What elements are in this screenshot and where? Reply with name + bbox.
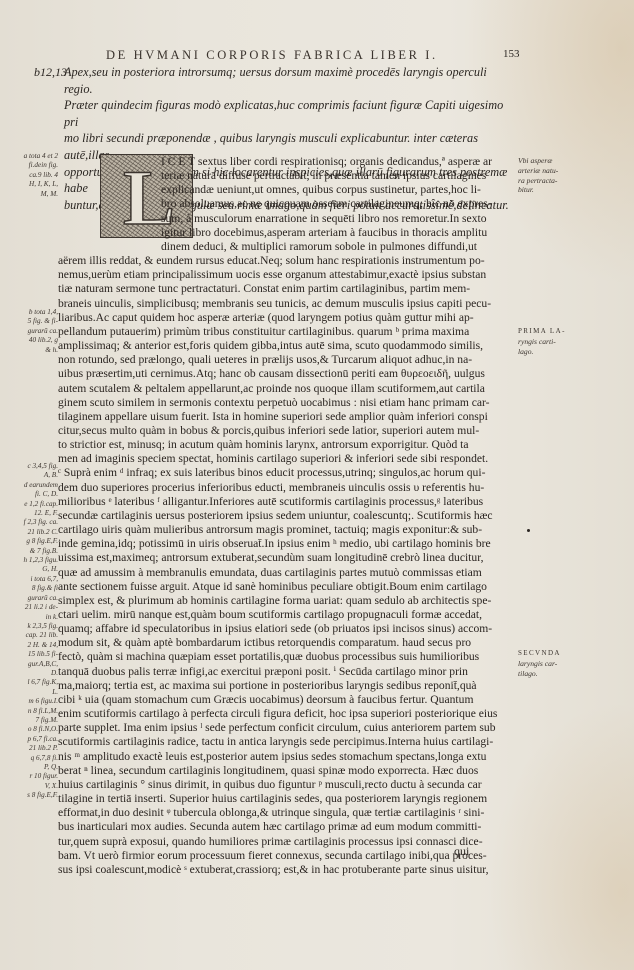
text-line: bam. Vt uerò firmior eorum processuum fi… [58,849,508,863]
text-line: ginem scuto similem in sermonis contextu… [58,396,508,410]
text-line: liaribus.Ac caput quidem hoc asperæ arte… [58,311,508,325]
marginal-note-line: fi.dein fig. [2,161,58,170]
marginal-gloss-right: SECVNDAlaryngis car-tilago. [518,648,598,678]
text-line: quæ ad amussim à membranulis emundata, d… [58,566,508,580]
marginal-note-line: 8 fig.& fi [2,584,58,593]
main-text-column: I C E T sextus liber cordi respirationis… [58,155,508,877]
text-line: cibi ᵏ uia (quam stomachum cum Græcis uo… [58,693,508,707]
text-line: quamq; affabre id speculatoribus in ipsi… [58,622,508,636]
text-line: sum, à musculorum enarratione in sequēti… [58,212,508,226]
marginal-note-line: e 1,2 fi.cap. [2,500,58,509]
gloss-line: lago. [518,347,598,357]
text-line: efformat,in duo desinit ᵠ tubercula oblo… [58,806,508,820]
marginal-note-line: H, I, K, L, [2,180,58,189]
marginal-gloss-right: PRIMA LA-ryngis carti-lago. [518,326,598,356]
text-line: nis ᵐ amplitudo exactè leuis est,posteri… [58,750,508,764]
marginal-note-line: L. [2,688,58,697]
marginal-note-line: gur.A,B,C, [2,660,58,669]
marginal-note-line: 15 lib.5 fi- [2,650,58,659]
text-line: uissima est,maximeq; antrorsum extuberat… [58,551,508,565]
marginal-note-line: & h. [2,346,58,355]
marginal-note-line: 21 lib.2 C. [2,528,58,537]
marginal-note-line: 5 fig. & fi- [2,317,58,326]
marginal-note-line: p 6,7 fi.ca. [2,735,58,744]
text-line: tilagine in tertiā inserti. Superior hui… [58,792,508,806]
marginal-note-line: gurarū ca. [2,327,58,336]
gloss-heading: SECVNDA [518,649,561,657]
gloss-line: bitur. [518,185,598,195]
text-line: bro absoluamus,ac ne quicquam osseum car… [58,197,508,211]
gloss-line: arteriæ natu- [518,166,598,176]
text-line: fectò, quàm si machina quæpiam esset por… [58,650,508,664]
text-line: ma,maiorq; tertia est, ac maxima sui por… [58,679,508,693]
text-line: scutiformis cartilaginis radice, tactu i… [58,735,508,749]
text-line: tanquā duobus palis terræ infigi,ac exer… [58,665,508,679]
marginal-note-left: a tota 4 et 2fi.dein fig.ca.9 lib. 4H, I… [2,152,58,199]
marginal-note-line: k 2,3,5 fig. [2,622,58,631]
text-line: huius cartilaginis ° sinus dirimit, in q… [58,778,508,792]
marginal-note-line: ca.9 lib. 4 [2,171,58,180]
marginal-note-line: a tota 4 et 2 [2,152,58,161]
text-line: pellandum putauerim) primùm tribus const… [58,325,508,339]
text-line: dinem deduci, & multiplici ramorum sobol… [58,240,508,254]
gloss-line: ryngis carti- [518,337,598,347]
text-line: milioribus ᵉ lateribus ᶠ alligantur.Infe… [58,495,508,509]
marginal-note-line: G, H. [2,565,58,574]
running-title: DE HVMANI CORPORIS FABRICA LIBER I. [106,48,536,63]
gloss-line: Vbi asperæ [518,156,598,166]
text-line: secundæ cartilaginis uersus posteriorem … [58,509,508,523]
marginal-note-line: b tota 1,4, [2,308,58,317]
text-line: explicandæ ueniunt,ut omnes, quibus corp… [58,183,508,197]
page-number: 153 [503,48,520,60]
text-line: aërem illis reddat, & eundem rursus educ… [58,254,508,268]
marginal-note-line: 12. E, F. [2,509,58,518]
text-line: tilaginem appellare uisum fuerit. Ista i… [58,410,508,424]
marginal-note-line: s 8 fig.E,F. [2,791,58,800]
marginal-note-line: 40 lib.2, g [2,336,58,345]
marginal-gloss-right: Vbi asperæarteriæ natu-ra pertracta-bitu… [518,156,598,195]
text-line: ᶜ Suprà enim ᵈ infraq; ex suis lateribus… [58,466,508,480]
marginal-note-line: l 6,7 fig.K, [2,678,58,687]
text-line: non rotundo, sed prælongo, quali ueteres… [58,353,508,367]
figure-reference: b12,13 [34,64,67,81]
text-line: autem scutalem & peltalem appellarunt,ac… [58,382,508,396]
text-line: modum sit, & quàm aptè bombardarum ictib… [58,636,508,650]
text-line: ctari uelim. mirū nanque est,quàm boum s… [58,608,508,622]
text-line: citur,secus multo quàm in bobus & porcis… [58,424,508,438]
marginal-note-line: o 8 fi.N,O. [2,725,58,734]
marginal-note-line: m 6 figu.I. [2,697,58,706]
marginal-note-line: h 1,2,3 figu. [2,556,58,565]
text-line: enim scutiformis cartilago à perfecta ci… [58,707,508,721]
marginal-note-line: d earundem [2,481,58,490]
marginal-note-line: in k. [2,613,58,622]
text-line: inde gemina,idq; potissimū in uiris obse… [58,537,508,551]
marginal-note-left: b tota 1,4,5 fig. & fi-gurarū ca.40 lib.… [2,308,58,355]
marginal-note-line: cap. 21 lib. [2,631,58,640]
marginal-note-line: & 7 fig.B. [2,547,58,556]
marginal-note-line: fi. C, D. [2,490,58,499]
marginal-note-line: r 10 figur. [2,772,58,781]
text-line: tiæ naturam sermone tunc pertractaturi. … [58,282,508,296]
text-line: teriæ naturā diffusè pertractabit, in pr… [58,169,508,183]
marginal-note-line: c 3,4,5 fig. [2,462,58,471]
marginal-note-line: A, B. [2,471,58,480]
marginal-note-line: q 6,7,8 fi. [2,754,58,763]
gloss-heading: PRIMA LA- [518,327,566,335]
gloss-line: tilago. [518,669,598,679]
book-page: DE HVMANI CORPORIS FABRICA LIBER I. 153 … [0,0,634,970]
text-line: nemus,uerùm etiam principalissimum uocis… [58,268,508,282]
text-line: simplex est, & plurimum ab hominis carti… [58,594,508,608]
intro-line: Apex,seu in posteriora introrsumq; uersu… [38,64,510,97]
marginal-note-line: 2 H. & 14, [2,641,58,650]
text-line: sus ipsi coalescunt,modicè ˢ extuberat,c… [58,863,508,877]
marginal-note-line: M, M. [2,190,58,199]
intro-line: Præter quindecim figuras modò explicatas… [38,97,510,130]
marginal-note-line: g 8 fig.E,F. [2,537,58,546]
marginal-note-line: f 2,3 fig. ca. [2,518,58,527]
text-line: uibus præsertim,uti cernimus.Atq; hanc o… [58,367,508,381]
gloss-line: ra pertracta- [518,176,598,186]
marginal-note-line: n 8 fi.L,M. [2,707,58,716]
marginal-note-line: gurarū ca. [2,594,58,603]
text-line: igitur libro docebimus,asperam arteriam … [58,226,508,240]
marginal-note-line: 21 lib.2 P. [2,744,58,753]
text-line: ante sectionem fuisse arguit. Atque id s… [58,580,508,594]
marginal-note-line: 21 li.2 i de- [2,603,58,612]
text-line: braneis uinculis, simplicibusq; membrani… [58,297,508,311]
ink-speck [527,529,530,532]
marginal-note-line: P, Q. [2,763,58,772]
text-line: men ad imaginis speciem spectat, hominis… [58,452,508,466]
marginal-note-left: c 3,4,5 fig.A, B.d earundemfi. C, D.e 1,… [2,462,58,801]
gloss-line: laryngis car- [518,659,598,669]
text-line: berat ⁿ linea, secundum cartilaginis lon… [58,764,508,778]
text-line: to strictior est, minusq; in acutum quàm… [58,438,508,452]
marginal-note-line: i tota 6,7, [2,575,58,584]
text-line: I C E T sextus liber cordi respirationis… [58,155,508,169]
text-line: cartilago uiris quàm mulieribus antrorsu… [58,523,508,537]
marginal-note-line: V, X. [2,782,58,791]
text-line: tur,quem suprà exposui, quando humiliore… [58,835,508,849]
text-line: parte supplet. Ima enim ipsius ˡ sede pe… [58,721,508,735]
catchword: qui [454,844,469,859]
text-line: amplissimaq; & anterior est,foris quidem… [58,339,508,353]
text-line: bus inarticulari mox audies. Secunda aut… [58,820,508,834]
marginal-note-line: D. [2,669,58,678]
text-line: dem duo superiores procerius inferioribu… [58,481,508,495]
marginal-note-line: 7 fig.M. [2,716,58,725]
